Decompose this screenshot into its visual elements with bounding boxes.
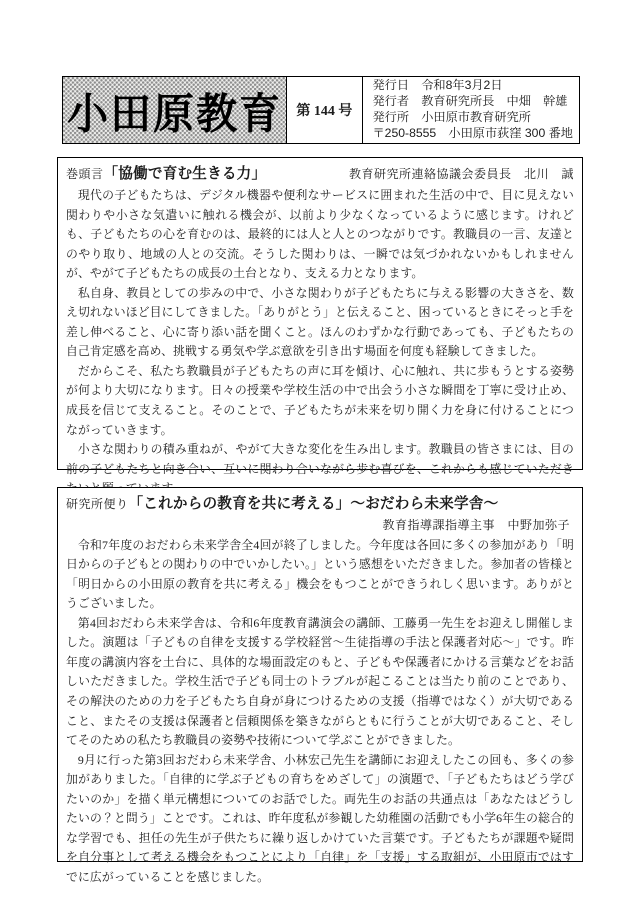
section-label-institute: 研究所便り bbox=[66, 493, 129, 516]
foreword-paragraph: 現代の子どもたちは、デジタル機器や便利なサービスに囲まれた生活の中で、目に見えな… bbox=[66, 186, 574, 284]
article-foreword-author: 教育研究所連絡協議会委員長 北川 誠 bbox=[349, 163, 574, 186]
publication-date: 発行日 令和8年3月2日 bbox=[373, 78, 574, 94]
article-institute-news: 研究所便り 「これからの教育を共に考える」～おだわら未来学舎～ 教育指導課指導主… bbox=[57, 487, 583, 862]
publisher-address: 〒250-8555 小田原市荻窪 300 番地 bbox=[373, 126, 574, 142]
article-foreword-heading: 巻頭言 「協働で育む生きる力」 bbox=[66, 163, 266, 186]
issue-number-box: 第 144 号 bbox=[287, 77, 362, 143]
institute-paragraph: 第4回おだわら未来学舎は、令和6年度教育講演会の講師、工藤勇一先生をお迎えし開催… bbox=[66, 614, 574, 751]
section-label-foreword: 巻頭言 bbox=[66, 163, 104, 186]
article-institute-title: 「これからの教育を共に考える」～おだわら未来学舎～ bbox=[129, 493, 499, 516]
article-institute-title-row: 研究所便り 「これからの教育を共に考える」～おだわら未来学舎～ bbox=[66, 493, 574, 516]
article-foreword-title-row: 巻頭言 「協働で育む生きる力」 教育研究所連絡協議会委員長 北川 誠 bbox=[66, 163, 574, 186]
publication-info: 発行日 令和8年3月2日 発行者 教育研究所長 中畑 幹雄 発行所 小田原市教育… bbox=[363, 77, 580, 143]
newsletter-logo-text: 小田原教育 bbox=[67, 79, 282, 140]
masthead: 小田原教育 第 144 号 発行日 令和8年3月2日 発行者 教育研究所長 中畑… bbox=[62, 76, 580, 144]
newsletter-logo: 小田原教育 bbox=[63, 77, 287, 143]
issue-number: 第 144 号 bbox=[296, 100, 352, 120]
publisher-person: 発行者 教育研究所長 中畑 幹雄 bbox=[373, 94, 574, 110]
newsletter-page: 小田原教育 第 144 号 発行日 令和8年3月2日 発行者 教育研究所長 中畑… bbox=[0, 0, 640, 905]
article-foreword: 巻頭言 「協働で育む生きる力」 教育研究所連絡協議会委員長 北川 誠 現代の子ど… bbox=[57, 157, 583, 470]
article-institute-heading: 研究所便り 「これからの教育を共に考える」～おだわら未来学舎～ bbox=[66, 493, 498, 516]
publisher-office: 発行所 小田原市教育研究所 bbox=[373, 110, 574, 126]
foreword-paragraph: 私自身、教員としての歩みの中で、小さな関わりが子どもたちに与える影響の大きさを、… bbox=[66, 284, 574, 362]
article-institute-author: 教育指導課指導主事 中野加弥子 bbox=[66, 516, 574, 536]
article-foreword-title: 「協働で育む生きる力」 bbox=[104, 163, 267, 186]
institute-paragraph: 令和7年度のおだわら未来学舎全4回が終了しました。今年度は各回に多くの参加があり… bbox=[66, 536, 574, 614]
institute-paragraph: 9月に行った第3回おだわら未来学舎、小林宏己先生を講師にお迎えしたこの回も、多く… bbox=[66, 751, 574, 888]
foreword-paragraph: だからこそ、私たち教職員が子どもたちの声に耳を傾け、心に触れ、共に歩もうとする姿… bbox=[66, 362, 574, 440]
